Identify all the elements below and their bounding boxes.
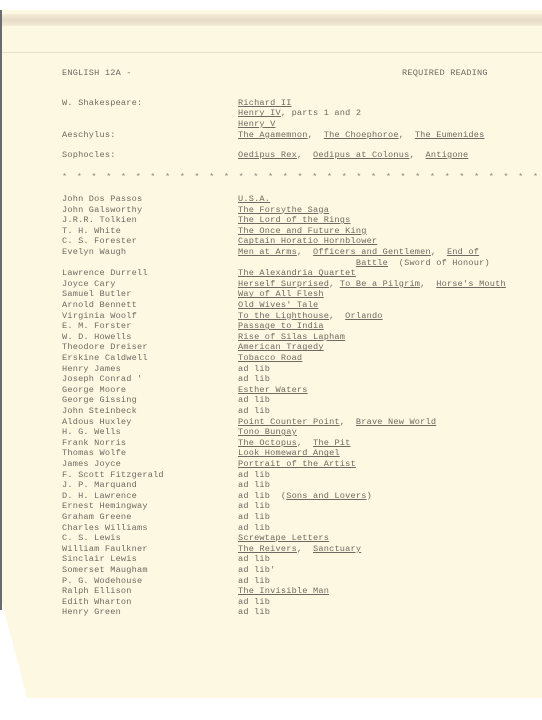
book-title: To Be a Pilgrim [340,279,420,289]
note-text: ad lib [238,607,270,617]
note-text: ad lib [238,395,270,405]
author-name: Evelyn Waugh [62,247,126,257]
book-title: The Eumenides [415,130,485,140]
author-name: Charles Williams [62,523,148,533]
author-name: James Joyce [62,459,121,469]
work-line: Look Homeward Angel [238,448,340,458]
author-name: E. M. Forster [62,321,132,331]
book-title: Horse's Mouth [436,279,506,289]
work-line: ad lib [238,607,270,617]
author-name: George Moore [62,385,126,395]
book-title: Old Wives' Tale [238,300,318,310]
book-title: Oedipus at Colonus [313,150,409,160]
note-text: ad lib [238,597,270,607]
author-name: George Gissing [62,395,137,405]
work-line: Captain Horatio Hornblower [238,236,377,246]
work-line: ad lib [238,480,270,490]
note-text: , [297,150,313,160]
author-name: C. S. Forester [62,236,137,246]
work-line: Screwtape Letters [238,533,329,543]
work-line: Battle (Sword of Honour) [238,258,490,268]
scan-left-edge [0,10,2,610]
work-line: Passage to India [238,321,324,331]
book-title: Screwtape Letters [238,533,329,543]
author-name: Graham Greene [62,512,132,522]
book-title: Way of All Flesh [238,289,324,299]
work-line: ad lib [238,512,270,522]
work-line: ad lib [238,406,270,416]
author-name: John Steinbeck [62,406,137,416]
note-text: , [297,438,313,448]
work-line: ad lib' [238,565,276,575]
note-text: ad lib [238,470,270,480]
note-text: ad lib [238,364,270,374]
book-title: Herself Surprised [238,279,329,289]
work-line: The Once and Future King [238,226,367,236]
book-title: The Octopus [238,438,297,448]
book-title: Battle [356,258,388,268]
work-line: Old Wives' Tale [238,300,318,310]
author-name: Henry Green [62,607,121,617]
note-text: ad lib ( [238,491,286,501]
book-title: The Invisible Man [238,586,329,596]
work-line: ad lib [238,395,270,405]
note-text: (Sword of Honour) [388,258,490,268]
note-text [238,258,356,268]
book-title: American Tragedy [238,342,324,352]
note-text: , [308,130,324,140]
author-name: P. G. Wodehouse [62,576,142,586]
note-text: ad lib [238,501,270,511]
book-title: To the Lighthouse [238,311,329,321]
work-line: Esther Waters [238,385,308,395]
author-name: Sinclair Lewis [62,554,137,564]
work-line: Herself Surprised, To Be a Pilgrim, Hors… [238,279,506,289]
work-line: American Tragedy [238,342,324,352]
book-title: Oedipus Rex [238,150,297,160]
work-line: ad lib [238,523,270,533]
author-name: T. H. White [62,226,121,236]
author-name: W. Shakespeare: [62,98,142,108]
author-name: Virginia Woolf [62,311,137,321]
book-title: Richard II [238,98,292,108]
work-line: The Invisible Man [238,586,329,596]
work-line: The Lord of the Rings [238,215,351,225]
work-line: ad lib [238,597,270,607]
note-text: ad lib [238,374,270,384]
torn-top-edge [0,14,542,26]
book-title: Captain Horatio Hornblower [238,236,377,246]
book-title: The Pit [313,438,351,448]
author-name: Theodore Dreiser [62,342,148,352]
note-text: ad lib [238,576,270,586]
note-text: , parts 1 and 2 [281,108,361,118]
document-title: REQUIRED READING [402,68,488,78]
note-text: , [409,150,425,160]
author-name: Ralph Ellison [62,586,132,596]
note-text: ad lib [238,523,270,533]
author-name: F. Scott Fitzgerald [62,470,164,480]
work-line: Henry V [238,119,276,129]
book-title: Henry V [238,119,276,129]
note-text: ad lib [238,554,270,564]
note-text: , [329,311,345,321]
work-line: ad lib [238,576,270,586]
book-title: Passage to India [238,321,324,331]
note-text: , [399,130,415,140]
asterisk-separator: * * * * * * * * * * * * * * * * * * * * … [62,172,542,182]
work-line: ad lib [238,554,270,564]
author-name: Erskine Caldwell [62,353,148,363]
book-title: End of [447,247,479,257]
author-name: Arnold Bennett [62,300,137,310]
book-title: Point Counter Point [238,417,340,427]
work-line: Richard II [238,98,292,108]
work-line: ad lib [238,501,270,511]
work-line: Henry IV, parts 1 and 2 [238,108,361,118]
book-title: Look Homeward Angel [238,448,340,458]
work-line: Portrait of the Artist [238,459,356,469]
author-name: Frank Norris [62,438,126,448]
book-title: Tono Bungay [238,427,297,437]
work-line: Point Counter Point, Brave New World [238,417,436,427]
author-name: Joseph Conrad ' [62,374,142,384]
author-name: Joyce Cary [62,279,116,289]
course-heading: ENGLISH 12A - [62,68,132,78]
book-title: The Lord of the Rings [238,215,351,225]
note-text: ad lib [238,512,270,522]
author-name: Samuel Butler [62,289,132,299]
note-text: , [431,247,447,257]
book-title: Henry IV [238,108,281,118]
note-text: , [340,417,356,427]
author-name: H. G. Wells [62,427,121,437]
note-text: , [420,279,436,289]
work-line: The Reivers, Sanctuary [238,544,361,554]
book-title: The Once and Future King [238,226,367,236]
author-name: Henry James [62,364,121,374]
note-text: ) [367,491,372,501]
book-title: Antigone [426,150,469,160]
book-title: Tobacco Road [238,353,302,363]
book-title: Orlando [345,311,383,321]
author-name: Sophocles: [62,150,116,160]
work-line: ad lib (Sons and Lovers) [238,491,372,501]
author-name: J.R.R. Tolkien [62,215,137,225]
author-name: Aeschylus: [62,130,116,140]
work-line: The Alexandria Quartet [238,268,356,278]
note-text: , [329,279,340,289]
work-line: U.S.A. [238,194,270,204]
work-line: Men at Arms, Officers and Gentlemen, End… [238,247,479,257]
note-text: ad lib' [238,565,276,575]
book-title: Officers and Gentlemen [313,247,431,257]
book-title: The Reivers [238,544,297,554]
work-line: To the Lighthouse, Orlando [238,311,383,321]
author-name: W. D. Howells [62,332,132,342]
book-title: Sons and Lovers [286,491,366,501]
work-line: Rise of Silas Lapham [238,332,345,342]
note-text: ad lib [238,406,270,416]
book-title: Esther Waters [238,385,308,395]
book-title: Men at Arms [238,247,297,257]
book-title: The Agamemnon [238,130,308,140]
work-line: Way of All Flesh [238,289,324,299]
work-line: Oedipus Rex, Oedipus at Colonus, Antigon… [238,150,468,160]
work-line: The Octopus, The Pit [238,438,351,448]
author-name: John Dos Passos [62,194,142,204]
book-title: The Alexandria Quartet [238,268,356,278]
author-name: John Galsworthy [62,205,142,215]
book-title: Portrait of the Artist [238,459,356,469]
work-line: ad lib [238,374,270,384]
note-text: , [297,247,313,257]
note-text: ad lib [238,480,270,490]
note-text: , [297,544,313,554]
book-title: The Forsythe Saga [238,205,329,215]
book-title: Sanctuary [313,544,361,554]
paper-fold-line [0,52,542,53]
author-name: J. P. Marquand [62,480,137,490]
work-line: Tono Bungay [238,427,297,437]
author-name: Somerset Maugham [62,565,148,575]
author-name: Thomas Wolfe [62,448,126,458]
book-title: Brave New World [356,417,436,427]
author-name: Lawrence Durrell [62,268,148,278]
work-line: ad lib [238,470,270,480]
author-name: Aldous Huxley [62,417,132,427]
book-title: Rise of Silas Lapham [238,332,345,342]
author-name: William Faulkner [62,544,148,554]
author-name: D. H. Lawrence [62,491,137,501]
book-title: U.S.A. [238,194,270,204]
work-line: The Agamemnon, The Choephoroe, The Eumen… [238,130,484,140]
work-line: The Forsythe Saga [238,205,329,215]
book-title: The Choephoroe [324,130,399,140]
work-line: ad lib [238,364,270,374]
author-name: Edith Wharton [62,597,132,607]
work-line: Tobacco Road [238,353,302,363]
author-name: C. S. Lewis [62,533,121,543]
author-name: Ernest Hemingway [62,501,148,511]
